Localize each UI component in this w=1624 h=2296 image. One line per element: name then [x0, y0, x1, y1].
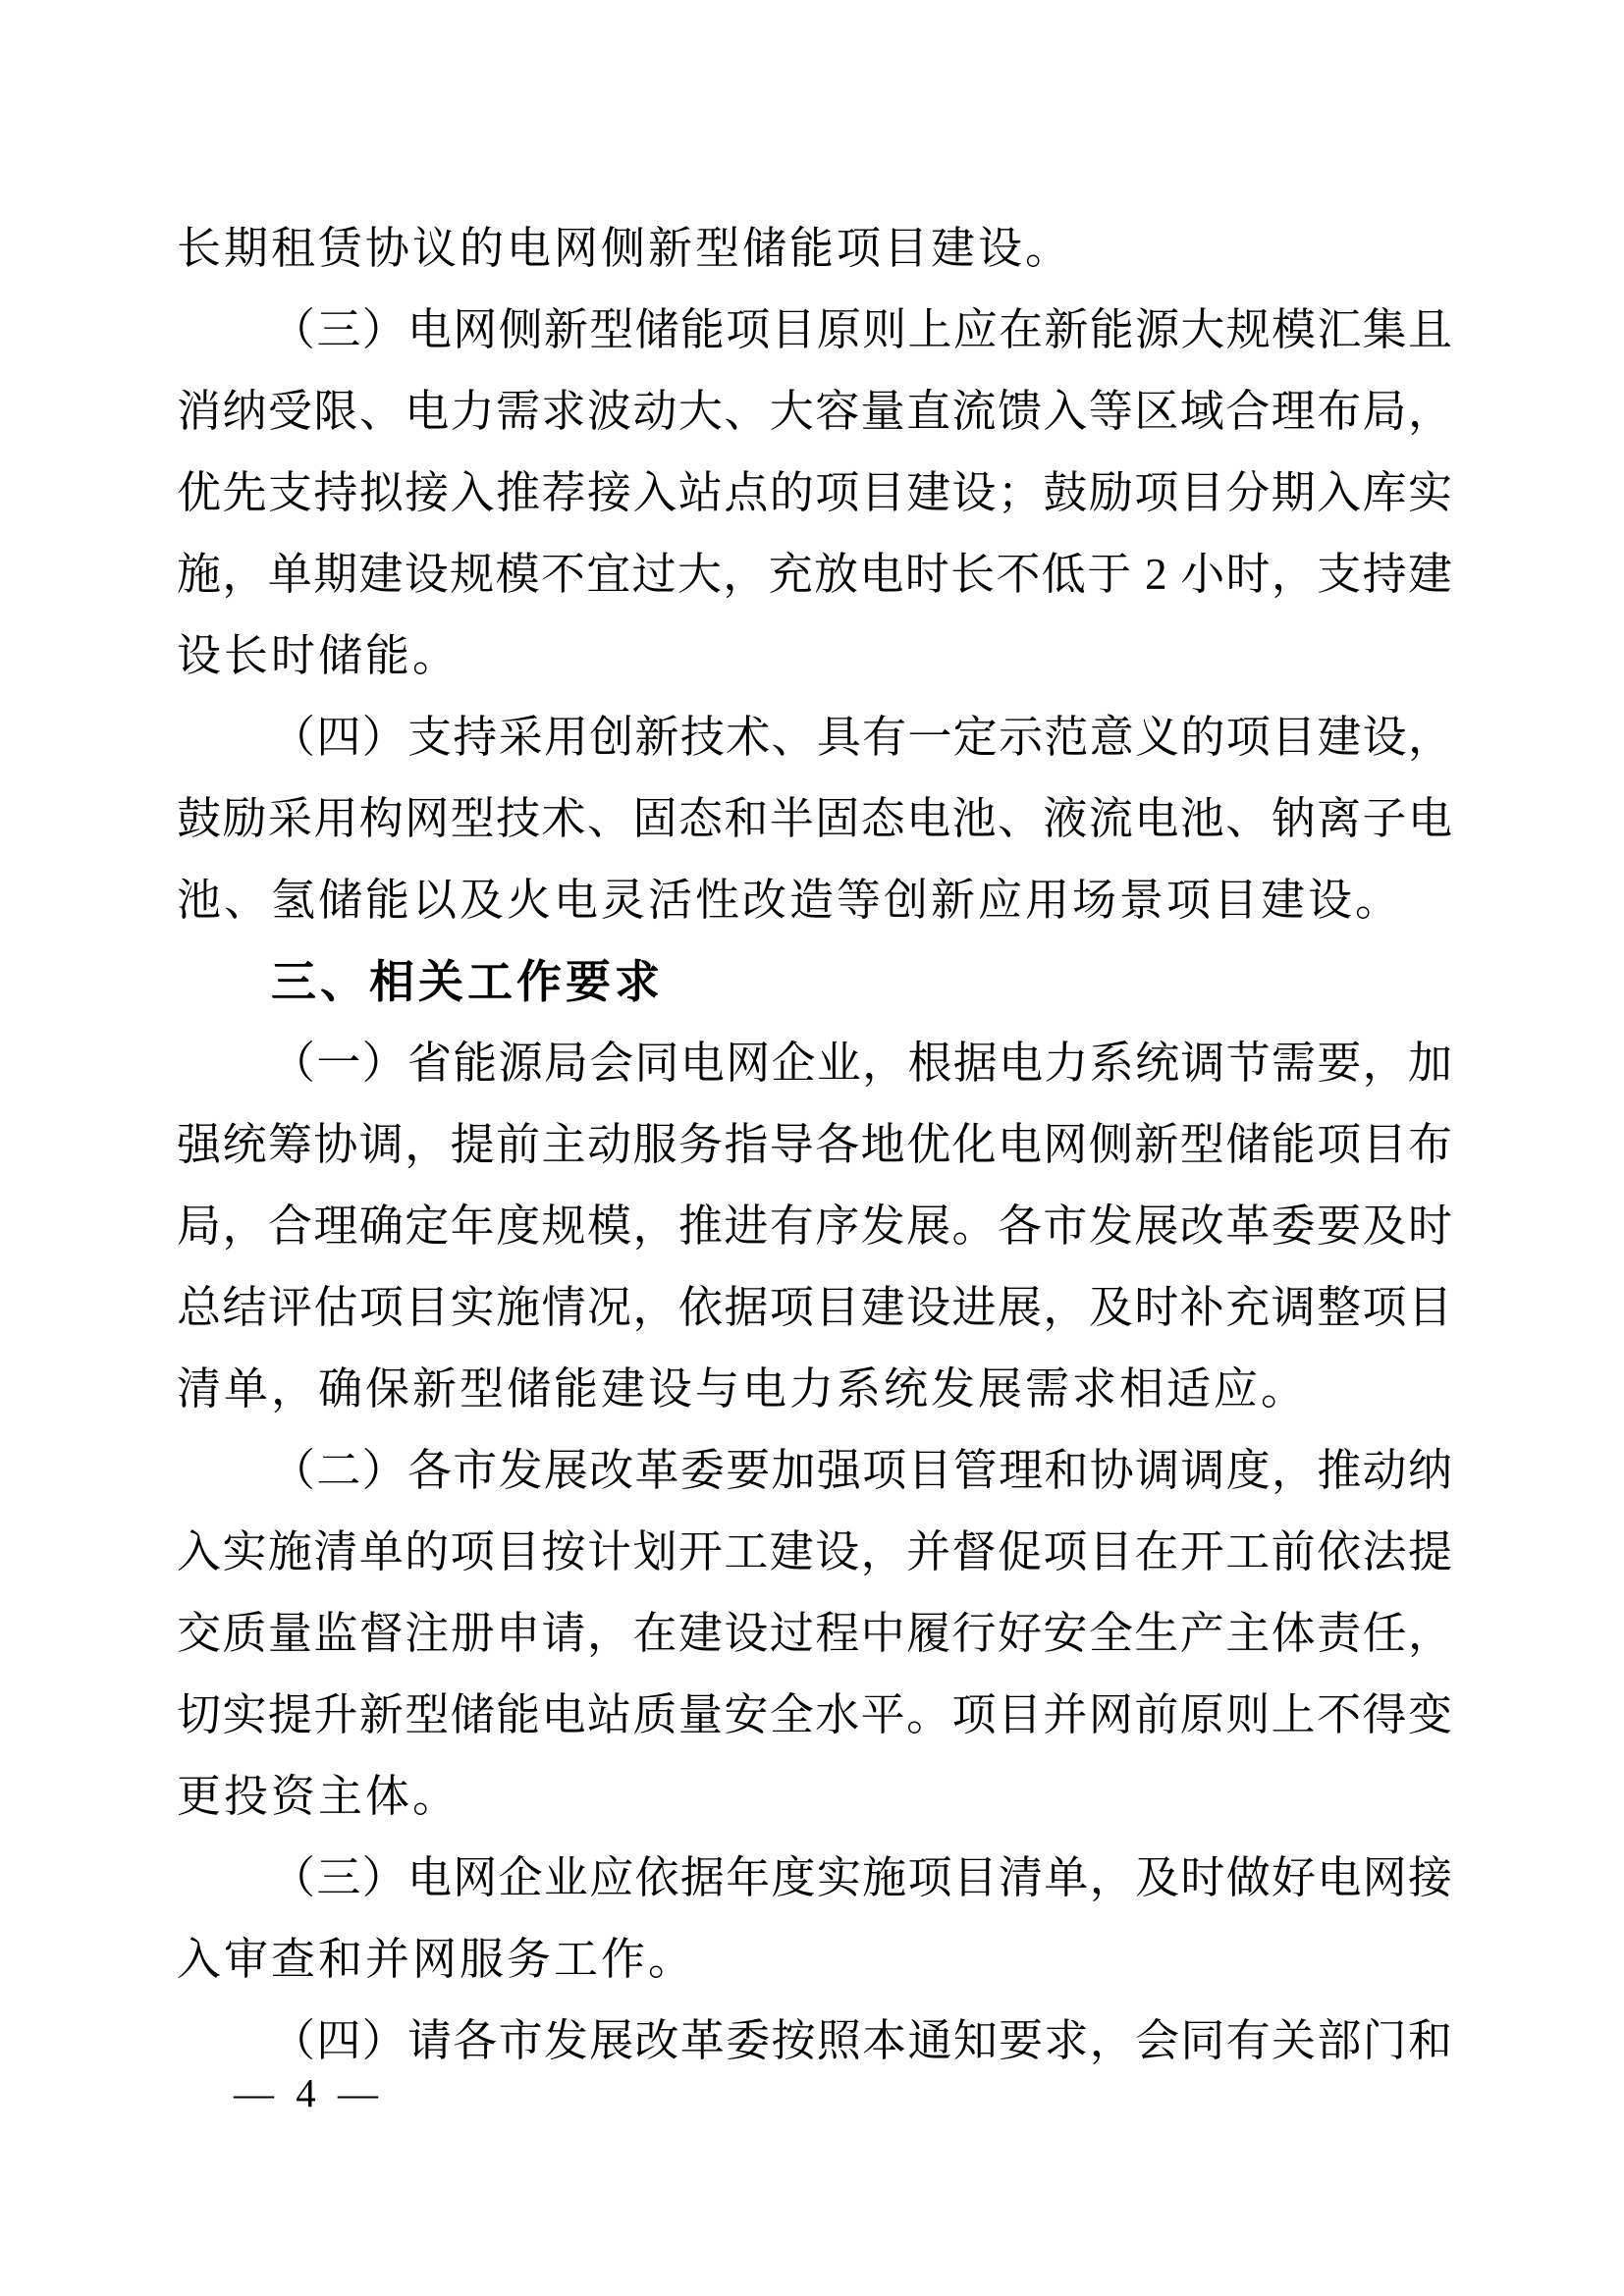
body-line: 更投资主体。 [177, 1756, 1453, 1838]
body-line: （四）支持采用创新技术、具有一定示范意义的项目建设， [177, 697, 1453, 778]
body-line: 长期租赁协议的电网侧新型储能项目建设。 [177, 208, 1453, 290]
body-line: 施，单期建设规模不宜过大，充放电时长不低于 2 小时，支持建 [177, 534, 1453, 615]
body-line: 入审查和并网服务工作。 [177, 1919, 1453, 2001]
body-line: 清单，确保新型储能建设与电力系统发展需求相适应。 [177, 1349, 1453, 1430]
body-line: 池、氢储能以及火电灵活性改造等创新应用场景项目建设。 [177, 860, 1453, 941]
section-heading: 三、相关工作要求 [177, 941, 1453, 1023]
body-line: 局，合理确定年度规模，推进有序发展。各市发展改革委要及时 [177, 1186, 1453, 1267]
document-page: 长期租赁协议的电网侧新型储能项目建设。（三）电网侧新型储能项目原则上应在新能源大… [0, 0, 1624, 2296]
body-line: （一）省能源局会同电网企业，根据电力系统调节需要，加 [177, 1023, 1453, 1104]
body-line: 入实施清单的项目按计划开工建设，并督促项目在开工前依法提 [177, 1512, 1453, 1593]
page-number: — 4 — [234, 2073, 384, 2113]
body-line: 鼓励采用构网型技术、固态和半固态电池、液流电池、钠离子电 [177, 778, 1453, 860]
body-line: 总结评估项目实施情况，依据项目建设进展，及时补充调整项目 [177, 1267, 1453, 1349]
body-line: （三）电网企业应依据年度实施项目清单，及时做好电网接 [177, 1838, 1453, 1919]
document-body: 长期租赁协议的电网侧新型储能项目建设。（三）电网侧新型储能项目原则上应在新能源大… [177, 208, 1453, 2082]
body-line: 切实提升新型储能电站质量安全水平。项目并网前原则上不得变 [177, 1675, 1453, 1756]
body-line: 交质量监督注册申请，在建设过程中履行好安全生产主体责任， [177, 1593, 1453, 1675]
body-line: 设长时储能。 [177, 615, 1453, 697]
body-line: （二）各市发展改革委要加强项目管理和协调调度，推动纳 [177, 1430, 1453, 1512]
body-line: 强统筹协调，提前主动服务指导各地优化电网侧新型储能项目布 [177, 1104, 1453, 1186]
body-line: 优先支持拟接入推荐接入站点的项目建设；鼓励项目分期入库实 [177, 453, 1453, 534]
body-line: 消纳受限、电力需求波动大、大容量直流馈入等区域合理布局， [177, 371, 1453, 453]
body-line: （三）电网侧新型储能项目原则上应在新能源大规模汇集且 [177, 290, 1453, 371]
